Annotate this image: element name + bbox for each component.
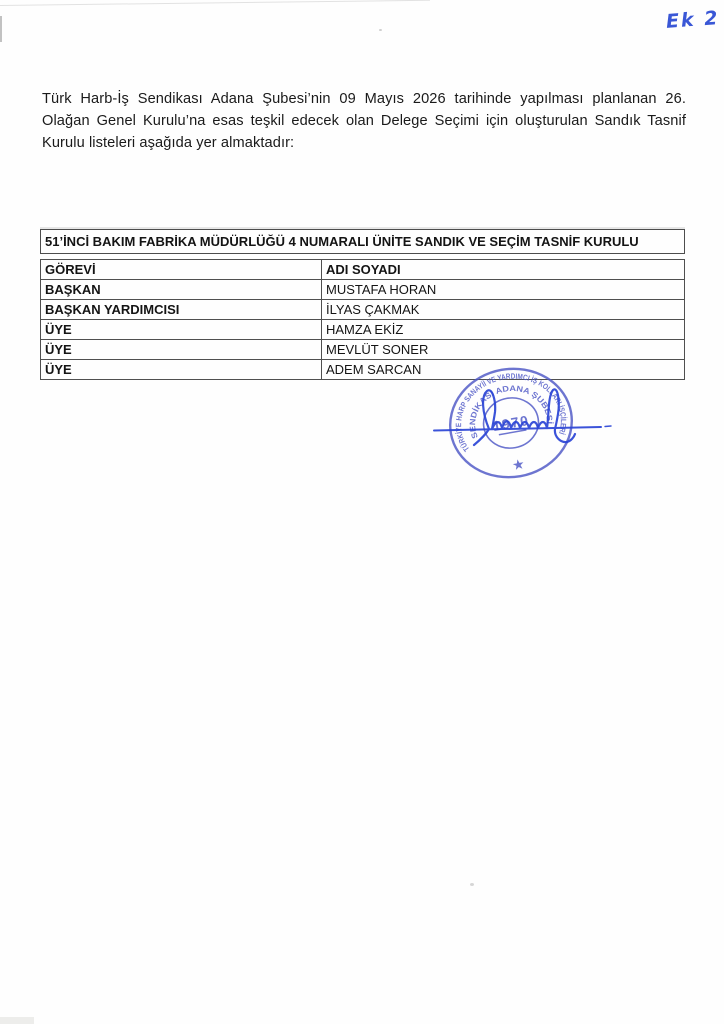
table-title: 51’İNCİ BAKIM FABRİKA MÜDÜRLÜĞÜ 4 NUMARA… — [40, 229, 685, 254]
role-cell: BAŞKAN — [41, 280, 322, 300]
scan-corner-shade — [0, 1017, 34, 1024]
header-role: GÖREVİ — [41, 260, 322, 280]
stamp-star-icon: ★ — [511, 456, 526, 474]
scan-speck — [379, 29, 382, 31]
name-cell: İLYAS ÇAKMAK — [322, 300, 685, 320]
stamp-and-signature: TÜRKİYE HARP SANAYİİ VE YARDIMCI İŞ KOLL… — [420, 350, 620, 492]
table-row: ÜYE HAMZA EKİZ — [41, 320, 685, 340]
union-stamp-icon: TÜRKİYE HARP SANAYİİ VE YARDIMCI İŞ KOLL… — [442, 359, 581, 487]
name-cell: MUSTAFA HORAN — [322, 280, 685, 300]
role-cell: ÜYE — [41, 320, 322, 340]
scan-hairline — [0, 0, 430, 6]
signature-baseline-dash — [605, 426, 611, 427]
stamp-outer-ring-text: TÜRKİYE HARP SANAYİİ VE YARDIMCI İŞ KOLL… — [446, 363, 571, 455]
role-cell: BAŞKAN YARDIMCISI — [41, 300, 322, 320]
handwritten-annotation: Ek 2 — [665, 7, 720, 33]
intro-paragraph: Türk Harb-İş Sendikası Adana Şubesi’nin … — [42, 88, 686, 154]
scan-speck — [470, 883, 474, 886]
header-name: ADI SOYADI — [322, 260, 685, 280]
table-row: BAŞKAN YARDIMCISI İLYAS ÇAKMAK — [41, 300, 685, 320]
name-cell: HAMZA EKİZ — [322, 320, 685, 340]
table-row: BAŞKAN MUSTAFA HORAN — [41, 280, 685, 300]
table-header-row: GÖREVİ ADI SOYADI — [41, 260, 685, 280]
scan-edge-mark — [0, 16, 2, 42]
scanned-document-page: { "page": { "annotation": "Ek 2" }, "int… — [0, 0, 724, 1024]
role-cell: ÜYE — [41, 340, 322, 360]
role-cell: ÜYE — [41, 360, 322, 380]
